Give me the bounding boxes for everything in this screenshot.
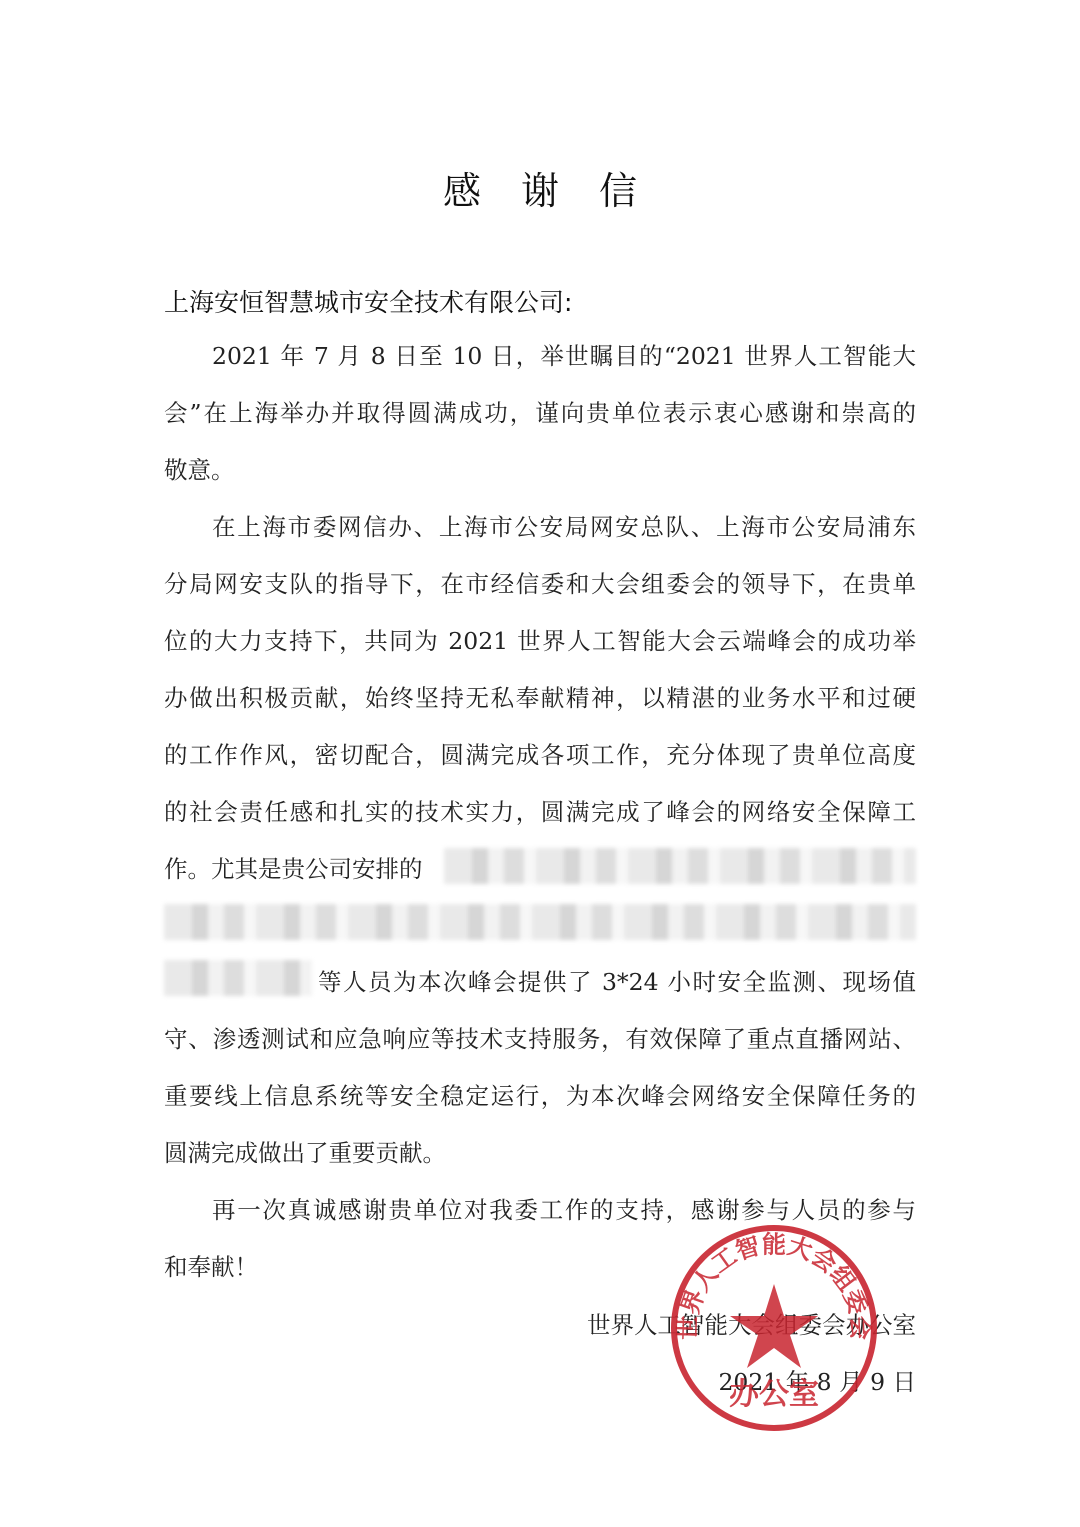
- paragraph-1-line-2: 会”在上海举办并取得圆满成功，谨向贵单位表示衷心感谢和崇高的: [164, 397, 916, 429]
- recipient: 上海安恒智慧城市安全技术有限公司:: [164, 283, 572, 319]
- paragraph-2-line-6: 的社会责任感和扎实的技术实力，圆满完成了峰会的网络安全保障工: [164, 796, 916, 828]
- redacted-names-1: [444, 848, 916, 884]
- paragraph-2-line-4: 办做出积极贡献，始终坚持无私奉献精神，以精湛的业务水平和过硬: [164, 682, 916, 714]
- paragraph-2-line-1: 在上海市委网信办、上海市公安局网安总队、上海市公安局浦东: [212, 511, 916, 543]
- paragraph-2-line-3: 位的大力支持下，共同为 2021 世界人工智能大会云端峰会的成功举: [164, 625, 916, 657]
- official-seal: 世界人工智能大会组委会 办公室: [668, 1222, 880, 1434]
- paragraph-2-line-2: 分局网安支队的指导下，在市经信委和大会组委会的领导下，在贵单: [164, 568, 916, 600]
- redacted-names-2: [164, 904, 916, 940]
- paragraph-2-line-9: 等人员为本次峰会提供了 3*24 小时安全监测、现场值: [318, 966, 916, 998]
- svg-text:办公室: 办公室: [729, 1377, 819, 1412]
- paragraph-2-line-5: 的工作作风，密切配合，圆满完成各项工作，充分体现了贵单位高度: [164, 739, 916, 771]
- redacted-names-3: [164, 960, 312, 996]
- star-icon: [730, 1284, 818, 1368]
- letter-title: 感谢信: [0, 160, 1080, 215]
- paragraph-2-line-12: 圆满完成做出了重要贡献。: [164, 1137, 916, 1169]
- paragraph-2-line-10: 守、渗透测试和应急响应等技术支持服务，有效保障了重点直播网站、: [164, 1023, 916, 1055]
- paragraph-2-line-11: 重要线上信息系统等安全稳定运行，为本次峰会网络安全保障任务的: [164, 1080, 916, 1112]
- paragraph-1-line-3: 敬意。: [164, 454, 916, 486]
- paragraph-1-line-1: 2021 年 7 月 8 日至 10 日，举世瞩目的“2021 世界人工智能大: [212, 340, 916, 372]
